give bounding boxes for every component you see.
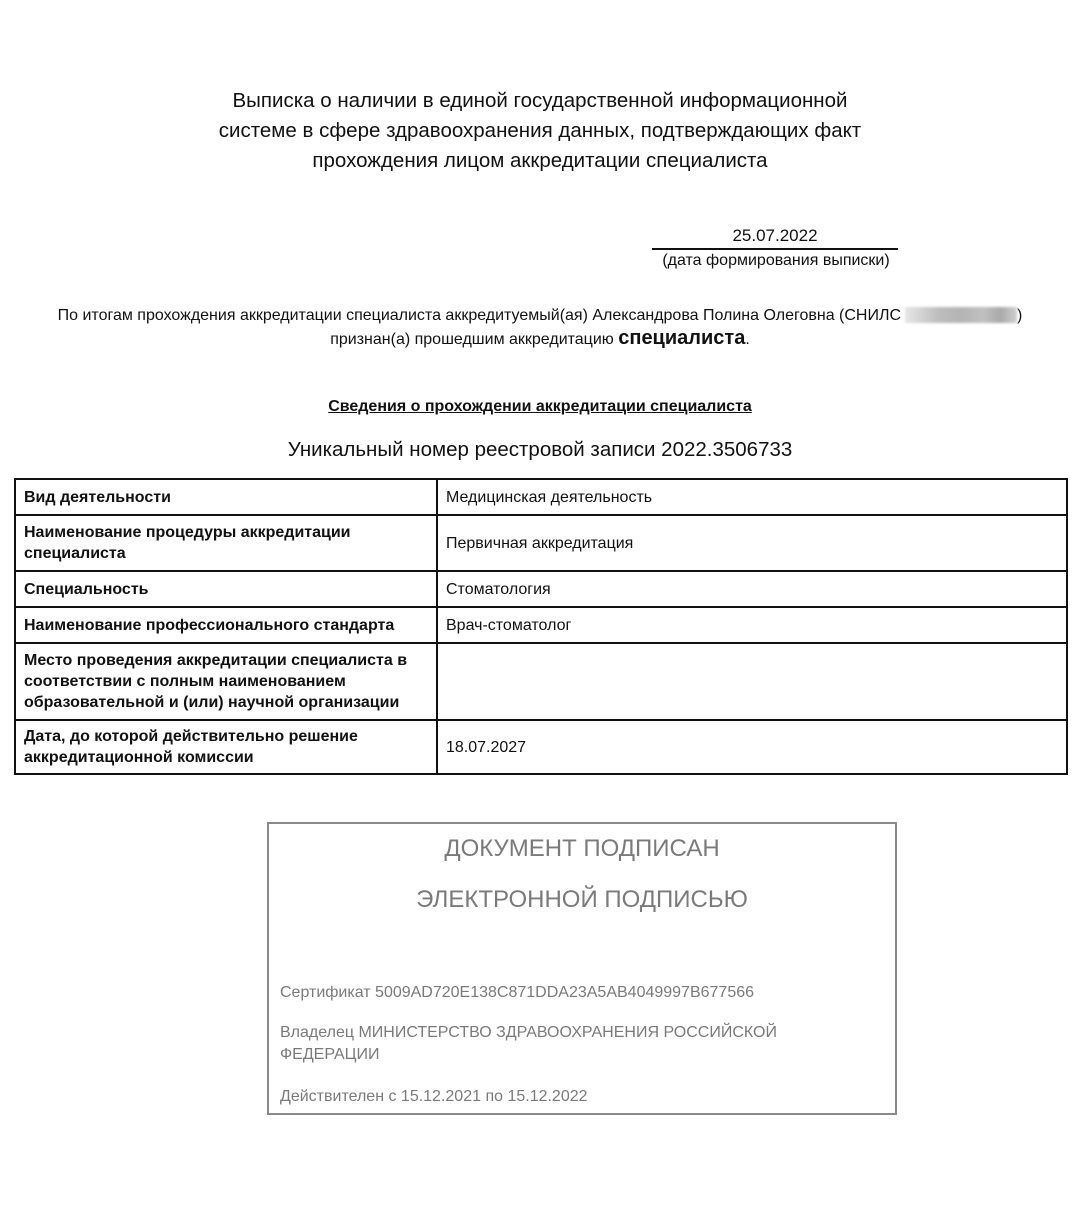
table-row: Наименование профессионального стандарта… [15,607,1067,643]
row-label: Место проведения аккредитации специалист… [15,643,437,720]
accreditation-result-text: По итогам прохождения аккредитации специ… [0,305,1080,351]
accreditation-info-table: Вид деятельности Медицинская деятельност… [14,478,1068,775]
result-line-2-prefix: признан(а) прошедшим аккредитацию [330,331,614,348]
title-line: Выписка о наличии в единой государственн… [0,86,1080,116]
result-line-2-suffix: . [745,331,749,348]
stamp-validity: Действителен с 15.12.2021 по 15.12.2022 [280,1086,588,1108]
row-value: Врач-стоматолог [437,607,1067,643]
result-line-1-prefix: По итогам прохождения аккредитации специ… [58,307,901,324]
stamp-owner: Владелец МИНИСТЕРСТВО ЗДРАВООХРАНЕНИЯ РО… [280,1022,870,1066]
statement-date: 25.07.2022 [652,225,898,250]
document-title: Выписка о наличии в единой государственн… [0,86,1080,176]
snils-redacted [905,307,1017,323]
title-line: системе в сфере здравоохранения данных, … [0,116,1080,146]
statement-date-caption: (дата формирования выписки) [650,250,902,272]
electronic-signature-stamp: ДОКУМЕНТ ПОДПИСАН ЭЛЕКТРОННОЙ ПОДПИСЬЮ С… [267,822,897,1115]
statement-date-block: 25.07.2022 (дата формирования выписки) [650,225,902,272]
title-line: прохождения лицом аккредитации специалис… [0,146,1080,176]
row-label: Вид деятельности [15,479,437,515]
table-row: Специальность Стоматология [15,571,1067,607]
registry-number: Уникальный номер реестровой записи 2022.… [0,436,1080,464]
stamp-certificate: Сертификат 5009AD720E138C871DDA23A5AB404… [280,982,754,1004]
result-line-2-emphasis: специалиста [618,327,745,349]
row-value: Первичная аккредитация [437,515,1067,571]
section-heading: Сведения о прохождении аккредитации спец… [0,396,1080,418]
row-value: Стоматология [437,571,1067,607]
row-value: 18.07.2027 [437,720,1067,774]
result-line-1: По итогам прохождения аккредитации специ… [0,305,1080,327]
stamp-heading-line-2: ЭЛЕКТРОННОЙ ПОДПИСЬЮ [269,885,895,915]
row-label: Наименование профессионального стандарта [15,607,437,643]
row-label: Наименование процедуры аккредитации спец… [15,515,437,571]
result-line-1-suffix: ) [1017,307,1022,324]
result-line-2: признан(а) прошедшим аккредитацию специа… [0,327,1080,351]
row-label: Специальность [15,571,437,607]
row-value [437,643,1067,720]
table-row: Место проведения аккредитации специалист… [15,643,1067,720]
stamp-heading-line-1: ДОКУМЕНТ ПОДПИСАН [269,834,895,864]
row-label: Дата, до которой действительно решение а… [15,720,437,774]
table-row: Дата, до которой действительно решение а… [15,720,1067,774]
row-value: Медицинская деятельность [437,479,1067,515]
table-row: Вид деятельности Медицинская деятельност… [15,479,1067,515]
table-row: Наименование процедуры аккредитации спец… [15,515,1067,571]
